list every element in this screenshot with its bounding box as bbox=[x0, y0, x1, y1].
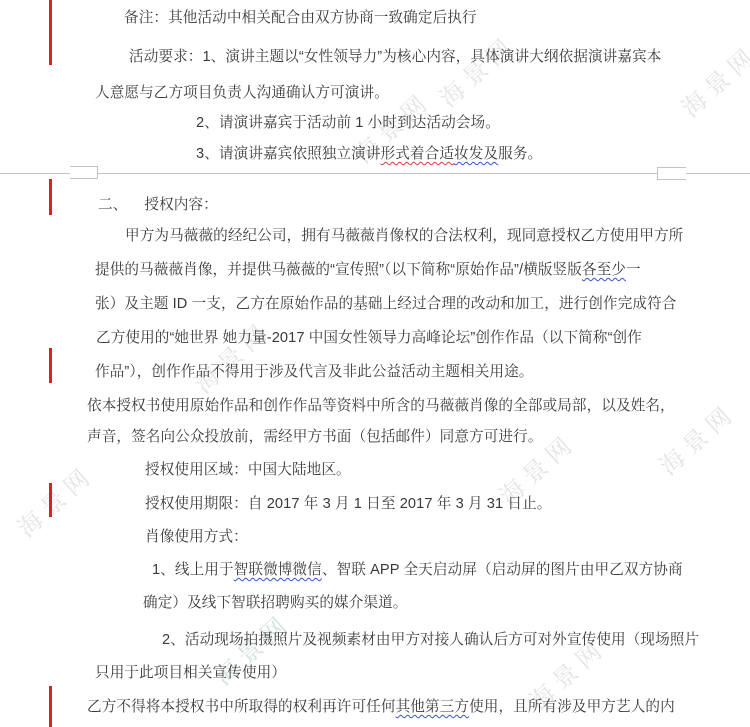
page-margin-mark bbox=[657, 167, 686, 180]
text-line: 声音，签名向公众投放前，需经甲方书面（包括邮件）同意方可进行。 bbox=[87, 429, 543, 446]
text-segment: 确定）及线下智联招聘购买的媒介渠道。 bbox=[143, 595, 408, 612]
page-break-line bbox=[0, 173, 750, 174]
text-line: 2、活动现场拍摄照片及视频素材由甲方对接人确认后方可对外宣传使用（现场照片 bbox=[162, 632, 699, 649]
watermark: 海景网 bbox=[8, 455, 101, 543]
text-segment: 肖像使用方式： bbox=[145, 529, 248, 546]
text-line: 授权使用期限：自 2017 年 3 月 1 日至 2017 年 3 月 31 日… bbox=[145, 496, 551, 513]
watermark: 海景网 bbox=[430, 25, 523, 113]
text-segment: 授权使用区域：中国大陆地区。 bbox=[145, 462, 351, 479]
text-segment: 授权内容： bbox=[144, 197, 217, 214]
text-segment: 人意愿与乙方项目负责人沟通确认方可演讲。 bbox=[95, 85, 389, 102]
text-segment: 使用，且所有涉及甲方艺人的内 bbox=[469, 699, 675, 716]
text-line: 确定）及线下智联招聘购买的媒介渠道。 bbox=[143, 595, 408, 612]
text-line: 甲方为马薇薇的经纪公司，拥有马薇薇肖像权的合法权利，现同意授权乙方使用甲方所 bbox=[125, 228, 683, 245]
text-line: 授权使用区域：中国大陆地区。 bbox=[145, 462, 351, 479]
text-segment: 2、请演讲嘉宾于活动前 1 小时到达活动会场。 bbox=[196, 115, 500, 132]
text-line: 提供的马薇薇肖像，并提供马薇薇的“宣传照”（以下简称“原始作品”/横版竖版各至少… bbox=[95, 262, 641, 279]
text-segment: 2、活动现场拍摄照片及视频素材由甲方对接人确认后方可对外宣传使用（现场照片 bbox=[162, 632, 699, 649]
text-line: 依本授权书使用原始作品和创作作品等资料中所含的马薇薇肖像的全部或局部，以及姓名， bbox=[87, 398, 675, 415]
text-segment: 二、 bbox=[98, 197, 127, 214]
text-segment: 、智联 APP 全天启动屏（启动屏的图片由甲乙双方协商 bbox=[322, 562, 683, 579]
text-segment: 只用于此项目相关宣传使用） bbox=[95, 665, 286, 682]
text-segment-wavy-blue: 各至少 bbox=[582, 262, 626, 279]
text-line: 只用于此项目相关宣传使用） bbox=[95, 665, 286, 682]
text-segment: 依本授权书使用原始作品和创作作品等资料中所含的马薇薇肖像的全部或局部，以及姓名， bbox=[87, 398, 675, 415]
text-segment-wavy-red: 形式着合适 bbox=[381, 146, 454, 163]
text-segment: 授权使用期限：自 2017 年 3 月 1 日至 2017 年 3 月 31 日… bbox=[145, 496, 551, 513]
text-line: 乙方使用的“她世界 她力量-2017 中国女性领导力高峰论坛”创作作品（以下简称… bbox=[96, 330, 642, 347]
document-page: 海景网海景网海景网海景网海景网海景网海景网海景网海景网备注：其他活动中相关配合由… bbox=[0, 0, 750, 727]
text-segment: 活动要求：1、演讲主题以“女性领导力”为核心内容，具体演讲大纲依据演讲嘉宾本 bbox=[129, 49, 661, 66]
text-segment: 张）及主题 ID 一支，乙方在原始作品的基础上经过合理的改动和加工，进行创作完成… bbox=[95, 296, 676, 313]
text-segment: 1、线上用于 bbox=[152, 562, 234, 579]
text-segment: 备注：其他活动中相关配合由双方协商一致确定后执行 bbox=[124, 10, 477, 27]
text-line: 1、线上用于智联微博微信、智联 APP 全天启动屏（启动屏的图片由甲乙双方协商 bbox=[152, 562, 683, 579]
text-line: 2、请演讲嘉宾于活动前 1 小时到达活动会场。 bbox=[196, 115, 500, 132]
text-segment: 提供的马薇薇肖像，并提供马薇薇的“宣传照”（以下简称“原始作品”/横版竖版 bbox=[95, 262, 582, 279]
text-segment: 声音，签名向公众投放前，需经甲方书面（包括邮件）同意方可进行。 bbox=[87, 429, 543, 446]
text-segment: 甲方为马薇薇的经纪公司，拥有马薇薇肖像权的合法权利，现同意授权乙方使用甲方所 bbox=[125, 228, 683, 245]
text-segment: 3、请演讲嘉宾依照独立演讲 bbox=[196, 146, 381, 163]
text-segment-wavy-blue: 妆发及 bbox=[454, 146, 498, 163]
revision-bar bbox=[49, 348, 52, 383]
revision-bar bbox=[49, 483, 52, 517]
page-margin-mark bbox=[70, 166, 98, 179]
watermark: 海景网 bbox=[185, 311, 278, 399]
text-segment: 乙方不得将本授权书中所取得的权利再许可任何 bbox=[87, 699, 396, 716]
text-segment: 一 bbox=[626, 262, 641, 279]
text-line: 人意愿与乙方项目负责人沟通确认方可演讲。 bbox=[95, 85, 389, 102]
revision-bar bbox=[49, 179, 52, 215]
revision-bar bbox=[49, 0, 52, 65]
text-line: 作品”），创作作品不得用于涉及代言及非此公益活动主题相关用途。 bbox=[95, 364, 533, 381]
text-segment: 乙方使用的“她世界 她力量-2017 中国女性领导力高峰论坛”创作作品（以下简称… bbox=[96, 330, 642, 347]
text-line: 二、授权内容： bbox=[98, 197, 218, 214]
text-line: 乙方不得将本授权书中所取得的权利再许可任何其他第三方使用，且所有涉及甲方艺人的内 bbox=[87, 699, 675, 716]
text-segment-wavy-blue: 其他第三方 bbox=[396, 699, 469, 716]
text-segment: 服务。 bbox=[498, 146, 542, 163]
revision-bar bbox=[49, 686, 52, 727]
text-line: 肖像使用方式： bbox=[145, 529, 248, 546]
watermark: 海景网 bbox=[672, 35, 750, 123]
text-line: 张）及主题 ID 一支，乙方在原始作品的基础上经过合理的改动和加工，进行创作完成… bbox=[95, 296, 676, 313]
text-line: 活动要求：1、演讲主题以“女性领导力”为核心内容，具体演讲大纲依据演讲嘉宾本 bbox=[129, 49, 661, 66]
text-segment: 作品”），创作作品不得用于涉及代言及非此公益活动主题相关用途。 bbox=[95, 364, 533, 381]
text-segment-wavy-blue: 智联微博微信 bbox=[234, 562, 322, 579]
text-line: 备注：其他活动中相关配合由双方协商一致确定后执行 bbox=[124, 10, 477, 27]
text-line: 3、请演讲嘉宾依照独立演讲形式着合适妆发及服务。 bbox=[196, 146, 542, 163]
